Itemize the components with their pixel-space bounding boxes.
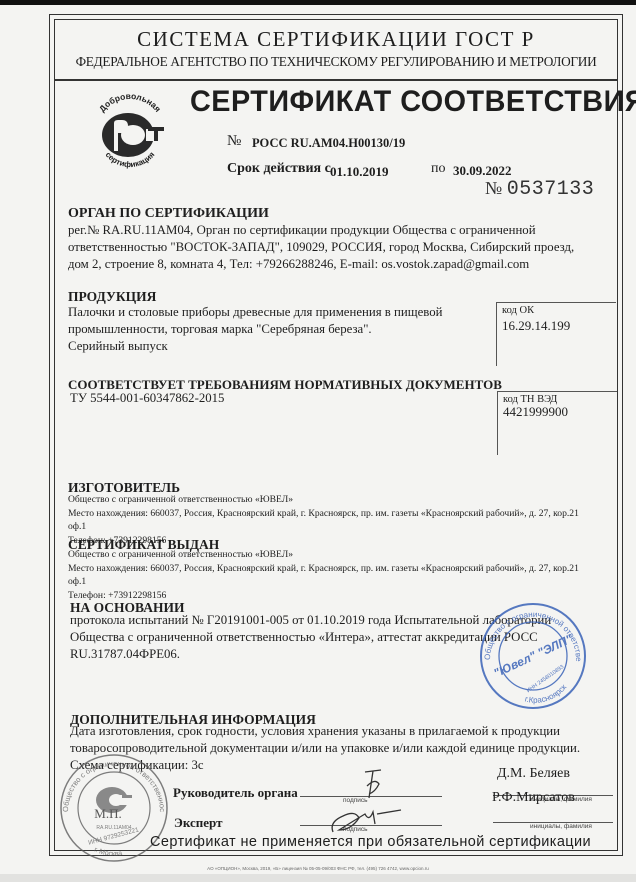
text-line: дом 2, строение 8, комната 4, Тел: +7926… xyxy=(68,256,574,273)
scan-top-edge xyxy=(0,0,636,5)
certificate-title: СЕРТИФИКАТ СООТВЕТСТВИЯ xyxy=(190,85,603,119)
normative-document: ТУ 5544-001-60347862-2015 xyxy=(70,390,224,407)
text-line: Место нахождения: 660037, Россия, Красно… xyxy=(68,563,579,576)
certification-body-details: рег.№ RA.RU.11АМ04, Орган по сертификаци… xyxy=(68,222,574,273)
valid-to-date: 30.09.2022 xyxy=(453,163,512,179)
serial-label: № xyxy=(485,178,503,198)
head-of-body-label: Руководитель органа xyxy=(173,785,298,801)
expert-label: Эксперт xyxy=(174,815,222,831)
voluntary-certification-note: Сертификат не применяется при обязательн… xyxy=(150,834,591,850)
okpd-code-box: код ОК 16.29.14.199 xyxy=(496,302,616,366)
text-line: оф.1 xyxy=(68,576,579,589)
text-line: Место нахождения: 660037, Россия, Красно… xyxy=(68,508,579,521)
header-separator xyxy=(54,79,618,81)
issued-to-details: Общество с ограниченной ответственностью… xyxy=(68,549,579,602)
system-title: СИСТЕМА СЕРТИФИКАЦИИ ГОСТ Р xyxy=(54,27,618,52)
serial-value: 0537133 xyxy=(507,178,595,201)
tnved-code-box: код ТН ВЭД 4421999900 xyxy=(497,391,617,455)
expert-signature-icon xyxy=(325,800,405,836)
okpd-code-label: код ОК xyxy=(502,305,616,316)
product-heading: ПРОДУКЦИЯ xyxy=(68,289,156,305)
okpd-code-value: 16.29.14.199 xyxy=(502,319,616,332)
text-line: рег.№ RA.RU.11АМ04, Орган по сертификаци… xyxy=(68,222,574,239)
text-line: Палочки и столовые приборы древесные для… xyxy=(68,304,442,321)
tnved-code-value: 4421999900 xyxy=(503,405,617,418)
text-line: Общество с ограниченной ответственностью… xyxy=(68,549,579,562)
product-description: Палочки и столовые приборы древесные для… xyxy=(68,304,442,355)
text-line: оф.1 xyxy=(68,521,579,534)
certification-body-heading: ОРГАН ПО СЕРТИФИКАЦИИ xyxy=(68,206,269,222)
text-line: Дата изготовления, срок годности, услови… xyxy=(70,723,580,740)
head-name: Д.М. Беляев xyxy=(497,766,570,782)
svg-text:Добровольная: Добровольная xyxy=(97,93,163,114)
svg-text:г. Москва: г. Москва xyxy=(93,846,123,857)
text-line: Серийный выпуск xyxy=(68,338,442,355)
certificate-number: РОСС RU.АМ04.Н00130/19 xyxy=(252,136,405,151)
validity-label: Срок действия с xyxy=(227,161,331,177)
blank-serial-number: №0537133 xyxy=(485,178,594,201)
text-line: Общество с ограниченной ответственностью… xyxy=(68,494,579,507)
scan-bottom-edge xyxy=(0,874,636,882)
expert-name-caption: инициалы, фамилия xyxy=(530,823,592,830)
certificate-number-label: № xyxy=(227,133,241,150)
printer-imprint: АО «ОПЦИОН», Москва, 2019, «Б» лицензия … xyxy=(0,866,636,871)
valid-from-date: 01.10.2019 xyxy=(330,164,389,180)
rst-voluntary-certification-logo-icon: Добровольная сертификация xyxy=(88,93,172,171)
svg-text:М.П.: М.П. xyxy=(94,806,121,821)
agency-name: ФЕДЕРАЛЬНОЕ АГЕНТСТВО ПО ТЕХНИЧЕСКОМУ РЕ… xyxy=(54,54,618,70)
valid-to-label: по xyxy=(431,161,446,177)
expert-name: Р.Ф.Мирсатов xyxy=(492,790,575,806)
text-line: ответственностью "ВОСТОК-ЗАПАД", 109029,… xyxy=(68,239,574,256)
manufacturer-seal-stamp-icon: Общество с ограниченной ответственностью… xyxy=(476,600,590,712)
text-line: промышленности, торговая марка "Серебрян… xyxy=(68,321,442,338)
head-signature-icon xyxy=(345,768,395,802)
